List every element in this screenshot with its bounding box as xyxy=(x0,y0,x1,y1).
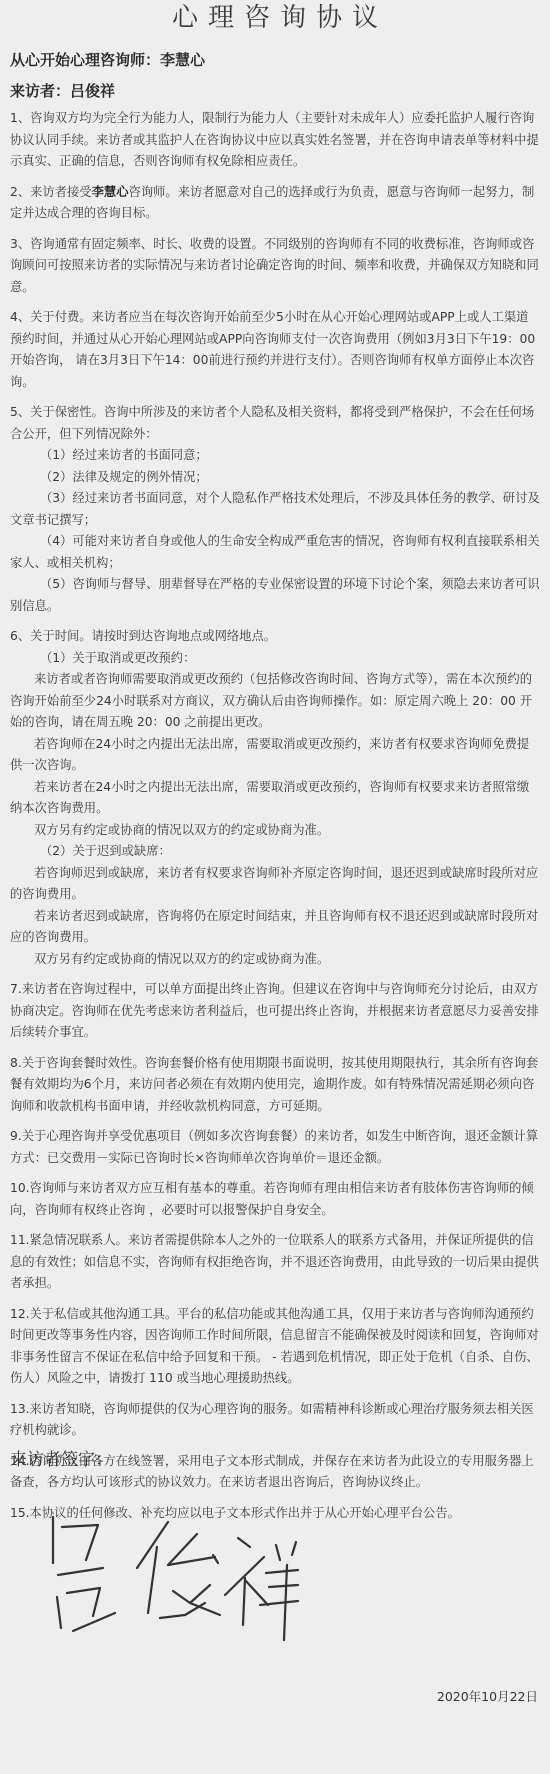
clause-8: 8.关于咨询套餐时效性。咨询套餐价格有使用期限书面说明，按其使用期限执行，其余所… xyxy=(10,1053,540,1118)
clause-6-sub1-title: （1）关于取消或更改预约： xyxy=(10,648,540,670)
clause-2: 2、来访者接受李慧心咨询师。来访者愿意对自己的选择或行为负责，愿意与咨询师一起努… xyxy=(10,182,540,225)
counselor-line: 从心开始心理咨询师：李慧心 xyxy=(10,50,205,70)
clause-5-item: （3）经过来访者书面同意，对个人隐私作严格技术处理后，不涉及具体任务的教学、研讨… xyxy=(10,488,540,531)
clause-6-sub2-para: 若来访者迟到或缺席，咨询将仍在原定时间结束，并且咨询师有权不退还迟到或缺席时段所… xyxy=(10,906,540,949)
clause-6-sub2-para: 若咨询师迟到或缺席，来访者有权要求咨询师补齐原定咨询时间，退还迟到或缺席时段所对… xyxy=(10,863,540,906)
clause-6-sub2-title: （2）关于迟到或缺席： xyxy=(10,841,540,863)
clause-2-prefix: 2、来访者接受 xyxy=(10,185,92,199)
clause-5-list: （1）经过来访者的书面同意； （2）法律及规定的例外情况； （3）经过来访者书面… xyxy=(10,445,540,617)
clause-6-sub1-para: 双方另有约定或协商的情况以双方的约定或协商为准。 xyxy=(10,820,540,842)
signature-label: 来访者签字： xyxy=(10,1448,112,1472)
clause-13: 13.来访者知晓，咨询师提供的仅为心理咨询的服务。如需精神科诊断或心理治疗服务须… xyxy=(10,1399,540,1442)
handwritten-signature xyxy=(40,1505,300,1665)
clause-6-sub1-para: 来访者或者咨询师需要取消或更改预约（包括修改咨询时间、咨询方式等），需在本次预约… xyxy=(10,669,540,734)
counselor-label: 从心开始心理咨询师： xyxy=(10,51,160,69)
counselor-name: 李慧心 xyxy=(160,51,205,69)
clause-6-sub1-para: 若来访者在24小时之内提出无法出席，需要取消或更改预约，咨询师有权要求来访者照常… xyxy=(10,777,540,820)
clause-5-item: （4）可能对来访者自身或他人的生命安全构成严重危害的情况，咨询师有权利直接联系相… xyxy=(10,531,540,574)
clause-5: 5、关于保密性。咨询中所涉及的来访者个人隐私及相关资料，都将受到严格保护，不会在… xyxy=(10,402,540,617)
clause-5-item: （2）法律及规定的例外情况； xyxy=(10,467,540,489)
clause-4: 4、关于付费。来访者应当在每次咨询开始前至少5小时在从心开始心理网站或APP上或… xyxy=(10,307,540,393)
visitor-line: 来访者：吕俊祥 xyxy=(10,81,115,101)
clause-5-intro: 5、关于保密性。咨询中所涉及的来访者个人隐私及相关资料，都将受到严格保护，不会在… xyxy=(10,402,540,445)
clause-9: 9.关于心理咨询并享受优惠项目（例如多次咨询套餐）的来访者，如发生中断咨询，退还… xyxy=(10,1126,540,1169)
clause-2-counselor-name: 李慧心 xyxy=(92,185,129,199)
clause-12: 12.关于私信或其他沟通工具。平台的私信功能或其他沟通工具，仅用于来访者与咨询师… xyxy=(10,1304,540,1390)
page-title: 心理咨询协议 xyxy=(0,0,550,36)
visitor-label: 来访者： xyxy=(10,82,70,100)
visitor-name: 吕俊祥 xyxy=(70,82,115,100)
signing-date: 2020年10月22日 xyxy=(437,1689,538,1705)
clause-6-intro: 6、关于时间。请按时到达咨询地点或网络地点。 xyxy=(10,626,540,648)
clause-10: 10.咨询师与来访者双方应互相有基本的尊重。若咨询师有理由相信来访者有肢体伤害咨… xyxy=(10,1178,540,1221)
clause-1: 1、咨询双方均为完全行为能力人，限制行为能力人（主要针对未成年人）应委托监护人履… xyxy=(10,108,540,173)
clause-5-item: （5）咨询师与督导、朋辈督导在严格的专业保密设置的环境下讨论个案，须隐去来访者可… xyxy=(10,574,540,617)
clause-5-item: （1）经过来访者的书面同意； xyxy=(10,445,540,467)
agreement-page: 心理咨询协议 从心开始心理咨询师：李慧心 来访者：吕俊祥 1、咨询双方均为完全行… xyxy=(0,0,550,1774)
agreement-body: 1、咨询双方均为完全行为能力人，限制行为能力人（主要针对未成年人）应委托监护人履… xyxy=(10,108,540,1533)
clause-6-sub1-para: 若咨询师在24小时之内提出无法出席，需要取消或更改预约，来访者有权要求咨询师免费… xyxy=(10,734,540,777)
clause-7: 7.来访者在咨询过程中，可以单方面提出终止咨询。但建议在咨询中与咨询师充分讨论后… xyxy=(10,979,540,1044)
clause-11: 11.紧急情况联系人。来访者需提供除本人之外的一位联系人的联系方式备用，并保证所… xyxy=(10,1230,540,1295)
clause-6-sub2-para: 双方另有约定或协商的情况以双方的约定或协商为准。 xyxy=(10,949,540,971)
clause-3: 3、咨询通常有固定频率、时长、收费的设置。不同级别的咨询师有不同的收费标准，咨询… xyxy=(10,234,540,299)
clause-6: 6、关于时间。请按时到达咨询地点或网络地点。 （1）关于取消或更改预约： 来访者… xyxy=(10,626,540,970)
